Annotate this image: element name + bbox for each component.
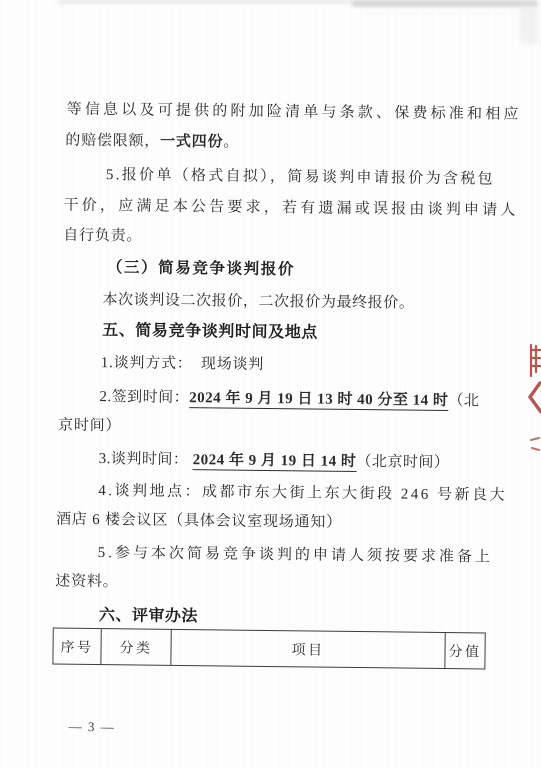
page-number: — 3 — <box>69 719 116 736</box>
heading-evaluation-method: 六、评审办法 <box>99 605 198 628</box>
line-quotation-sheet: 5.报价单（格式自拟），简易谈判申请报价为含税包 <box>106 164 495 190</box>
evaluation-table: 序号 分类 项目 分值 <box>52 628 485 670</box>
line-second-quotation: 本次谈判设二次报价，二次报价为最终报价。 <box>102 289 414 315</box>
line-negotiation-method: 1.谈判方式： 现场谈判 <box>101 352 265 376</box>
line-negotiation-place-cont: 酒店 6 楼会议区（具体会议室现场通知） <box>56 509 342 534</box>
line-addl-insurance-list: 等信息以及可提供的附加险清单与条款、保费标准和相应 <box>67 99 522 126</box>
heading-negotiation-quotation: （三）简易竞争谈判报价 <box>107 257 295 281</box>
scanned-document-page: 等信息以及可提供的附加险清单与条款、保费标准和相应 的赔偿限额，一式四份。 5.… <box>0 0 541 768</box>
table-header-seq: 序号 <box>53 629 100 665</box>
line-negotiation-place: 4.谈判地点：成都市东大街上东大街段 246 号新良大 <box>98 480 507 507</box>
table-header-item: 项目 <box>170 630 444 668</box>
line-own-responsibility: 自行负责。 <box>63 225 142 248</box>
line-negotiation-time: 3.谈判时间： 2024 年 9 月 19 日 14 时（北京时间） <box>99 448 450 474</box>
line-participants-requirement-cont: 述资料。 <box>55 571 118 594</box>
line-quotation-requirements: 干价，应满足本公告要求，若有遗漏或误报由谈判申请人 <box>63 195 518 222</box>
heading-time-and-place: 五、简易竞争谈判时间及地点 <box>102 320 318 344</box>
document-content: 等信息以及可提供的附加险清单与条款、保费标准和相应 的赔偿限额，一式四份。 5.… <box>0 0 541 768</box>
line-compensation-limit: 的赔偿限额，一式四份。 <box>65 130 239 154</box>
line-participants-requirement: 5.参与本次简易竞争谈判的申请人须按要求准备上 <box>98 542 493 568</box>
line-signin-time-cont: 京时间） <box>58 415 121 438</box>
line-signin-time: 2.签到时间：2024 年 9 月 19 日 13 时 40 分至 14 时（北 <box>99 386 479 412</box>
table-header-category: 分类 <box>100 629 170 665</box>
table-header-score: 分值 <box>444 633 484 668</box>
